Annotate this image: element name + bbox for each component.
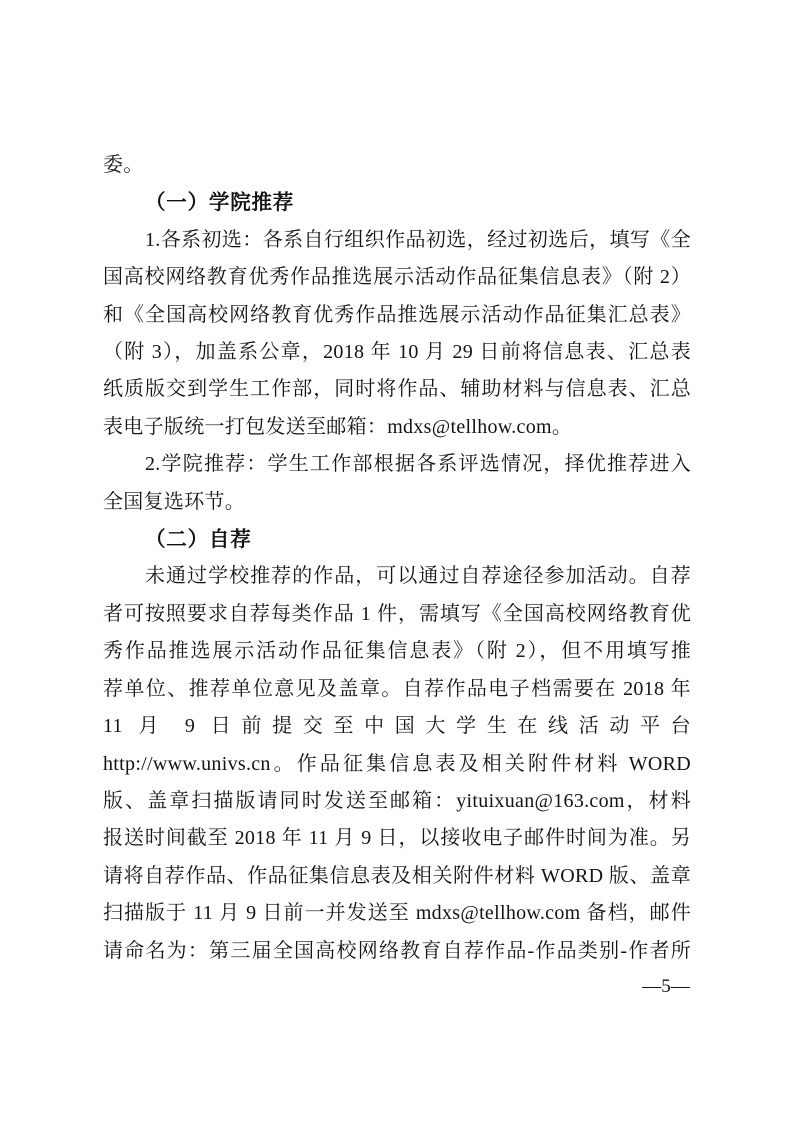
text-line-6: （附 3），加盖系公章，2018 年 10 月 29 日前将信息表、汇总表 <box>103 334 691 371</box>
document-text-block: 委。（一）学院推荐1.各系初选：各系自行组织作品初选，经过初选后，填写《全国高校… <box>103 147 691 970</box>
text-line-12: 未通过学校推荐的作品，可以通过自荐途径参加活动。自荐 <box>103 558 691 595</box>
text-line-3: 1.各系初选：各系自行组织作品初选，经过初选后，填写《全 <box>103 222 691 259</box>
text-line-18: 版、盖章扫描版请同时发送至邮箱：yituixuan@163.com，材料 <box>103 783 691 820</box>
text-line-1: 委。 <box>103 147 691 184</box>
text-line-5: 和《全国高校网络教育优秀作品推选展示活动作品征集汇总表》 <box>103 297 691 334</box>
page-number: —5— <box>636 976 696 998</box>
text-line-16: 11 月 9 日前提交至中国大学生在线活动平台 <box>103 708 691 745</box>
text-line-8: 表电子版统一打包发送至邮箱：mdxs@tellhow.com。 <box>103 409 691 446</box>
text-line-4: 国高校网络教育优秀作品推选展示活动作品征集信息表》（附 2） <box>103 259 691 296</box>
text-line-15: 荐单位、推荐单位意见及盖章。自荐作品电子档需要在 2018 年 <box>103 671 691 708</box>
text-line-11: （二）自荐 <box>103 521 691 558</box>
text-line-9: 2.学院推荐：学生工作部根据各系评选情况，择优推荐进入 <box>103 446 691 483</box>
text-line-14: 秀作品推选展示活动作品征集信息表》（附 2），但不用填写推 <box>103 633 691 670</box>
text-line-10: 全国复选环节。 <box>103 484 691 521</box>
text-line-21: 扫描版于 11 月 9 日前一并发送至 mdxs@tellhow.com 备档，… <box>103 895 691 932</box>
text-line-13: 者可按照要求自荐每类作品 1 件，需填写《全国高校网络教育优 <box>103 596 691 633</box>
text-line-20: 请将自荐作品、作品征集信息表及相关附件材料 WORD 版、盖章 <box>103 858 691 895</box>
text-line-17: http://www.univs.cn。作品征集信息表及相关附件材料 WORD <box>103 746 691 783</box>
text-line-7: 纸质版交到学生工作部，同时将作品、辅助材料与信息表、汇总 <box>103 371 691 408</box>
text-line-19: 报送时间截至 2018 年 11 月 9 日，以接收电子邮件时间为准。另 <box>103 820 691 857</box>
text-line-22: 请命名为：第三届全国高校网络教育自荐作品-作品类别-作者所 <box>103 933 691 970</box>
text-line-2: （一）学院推荐 <box>103 184 691 221</box>
document-page: 委。（一）学院推荐1.各系初选：各系自行组织作品初选，经过初选后，填写《全国高校… <box>0 0 793 1122</box>
